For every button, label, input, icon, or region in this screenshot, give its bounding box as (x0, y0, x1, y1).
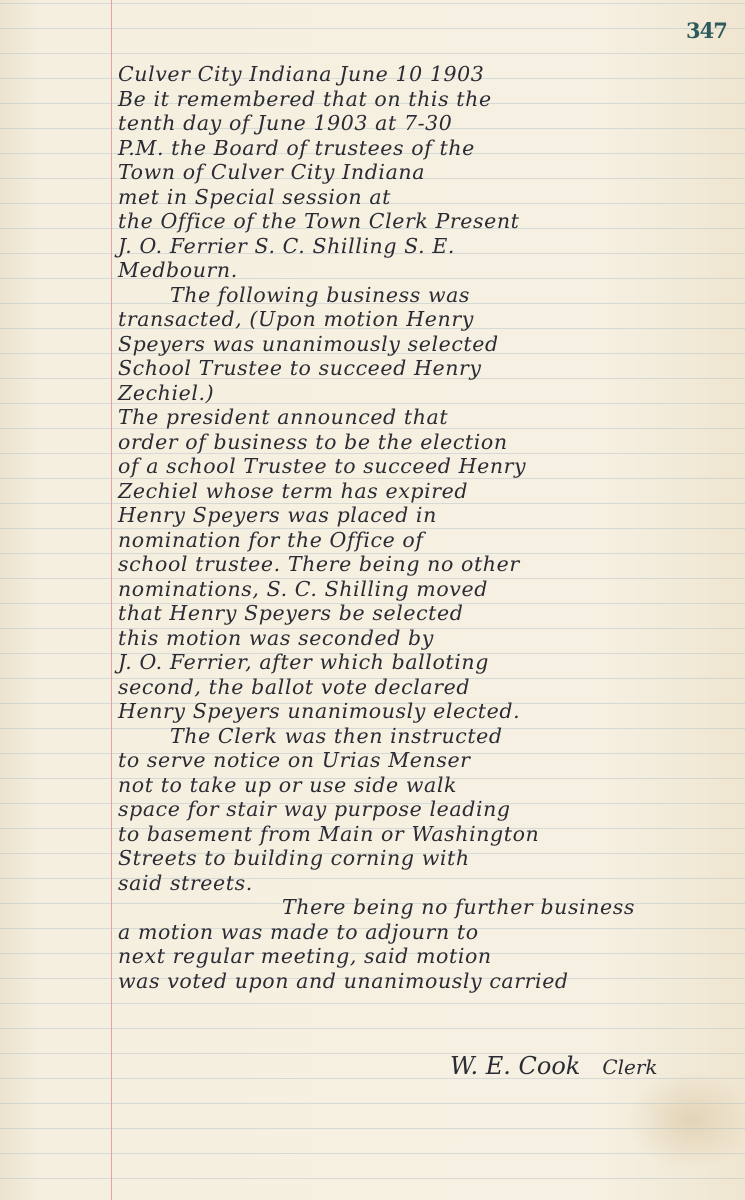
text-line: second, the ballot vote declared (118, 675, 740, 700)
ledger-page: 347 Culver City Indiana June 10 1903 Be … (0, 0, 745, 1200)
text-line: Zechiel whose term has expired (118, 479, 740, 504)
margin-rule (111, 0, 112, 1200)
text-line: that Henry Speyers be selected (118, 601, 740, 626)
text-line: Streets to building corning with (118, 846, 740, 871)
text-line: Be it remembered that on this the (118, 87, 740, 112)
text-line: space for stair way purpose leading (118, 797, 740, 822)
text-line: transacted, (Upon motion Henry (118, 307, 740, 332)
text-line: the Office of the Town Clerk Present (118, 209, 740, 234)
text-line: this motion was seconded by (118, 626, 740, 651)
clerk-signature: W. E. CookClerk (450, 1052, 658, 1080)
text-line: order of business to be the election (118, 430, 740, 455)
text-line: The following business was (118, 283, 740, 308)
text-line: Town of Culver City Indiana (118, 160, 740, 185)
text-line: school trustee. There being no other (118, 552, 740, 577)
text-line: Henry Speyers unanimously elected. (118, 699, 740, 724)
text-line: The Clerk was then instructed (118, 724, 740, 749)
text-line: J. O. Ferrier, after which balloting (118, 650, 740, 675)
text-line: of a school Trustee to succeed Henry (118, 454, 740, 479)
text-line: There being no further business (118, 895, 740, 920)
text-line: to basement from Main or Washington (118, 822, 740, 847)
text-line: Speyers was unanimously selected (118, 332, 740, 357)
text-line: School Trustee to succeed Henry (118, 356, 740, 381)
minutes-text: Culver City Indiana June 10 1903 Be it r… (118, 62, 740, 993)
text-line: tenth day of June 1903 at 7-30 (118, 111, 740, 136)
text-line: nomination for the Office of (118, 528, 740, 553)
text-line: was voted upon and unanimously carried (118, 969, 740, 994)
text-line: a motion was made to adjourn to (118, 920, 740, 945)
text-line: nominations, S. C. Shilling moved (118, 577, 740, 602)
text-line: P.M. the Board of trustees of the (118, 136, 740, 161)
text-line: to serve notice on Urias Menser (118, 748, 740, 773)
text-line: Henry Speyers was placed in (118, 503, 740, 528)
page-number: 347 (686, 18, 727, 43)
text-line: Medbourn. (118, 258, 740, 283)
text-line: next regular meeting, said motion (118, 944, 740, 969)
text-line: The president announced that (118, 405, 740, 430)
text-line: met in Special session at (118, 185, 740, 210)
signature-name: W. E. Cook (450, 1052, 580, 1080)
text-line: Zechiel.) (118, 381, 740, 406)
text-line: not to take up or use side walk (118, 773, 740, 798)
signature-title: Clerk (602, 1055, 657, 1079)
text-line: said streets. (118, 871, 740, 896)
heading-line: Culver City Indiana June 10 1903 (118, 62, 740, 87)
text-line: J. O. Ferrier S. C. Shilling S. E. (118, 234, 740, 259)
